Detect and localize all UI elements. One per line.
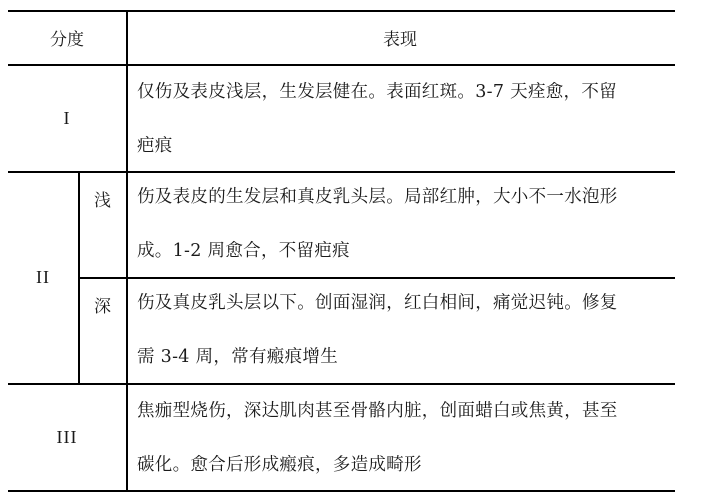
grade-column-divider [126, 10, 128, 491]
grade-label-iii: III [8, 384, 126, 490]
row-ii-deep-line-2: 需 3-4 周，常有瘢痕增生 [137, 330, 618, 384]
header-manifestation: 表现 [328, 11, 472, 64]
row-ii-shallow-line-2: 成。1-2 周愈合，不留疤痕 [137, 224, 618, 278]
grade-label-ii: II [8, 172, 78, 383]
row-iii-description: 焦痂型烧伤，深达肌肉甚至骨骼内脏，创面蜡白或焦黄，甚至 碳化。愈合后形成瘢痕，多… [137, 384, 618, 492]
row-ii-shallow-line-1: 伤及表皮的生发层和真皮乳头层。局部红肿，大小不一水泡形 [137, 170, 618, 224]
header-grade: 分度 [8, 11, 126, 64]
grade-label-i: I [8, 65, 126, 171]
row-ii-deep-description: 伤及真皮乳头层以下。创面湿润，红白相间，痛觉迟钝。修复 需 3-4 周，常有瘢痕… [137, 276, 618, 384]
row-i-line-1: 仅伤及表皮浅层，生发层健在。表面红斑。3-7 天痊愈，不留 [137, 65, 617, 119]
subgrade-shallow: 浅 [79, 172, 126, 224]
row-ii-deep-line-1: 伤及真皮乳头层以下。创面湿润，红白相间，痛觉迟钝。修复 [137, 276, 618, 330]
row-i-line-2: 疤痕 [137, 119, 617, 173]
row-ii-shallow-description: 伤及表皮的生发层和真皮乳头层。局部红肿，大小不一水泡形 成。1-2 周愈合，不留… [137, 170, 618, 278]
row-iii-line-2: 碳化。愈合后形成瘢痕，多造成畸形 [137, 438, 618, 492]
row-i-description: 仅伤及表皮浅层，生发层健在。表面红斑。3-7 天痊愈，不留 疤痕 [137, 65, 617, 173]
row-iii-line-1: 焦痂型烧伤，深达肌肉甚至骨骼内脏，创面蜡白或焦黄，甚至 [137, 384, 618, 438]
subgrade-deep: 深 [79, 278, 126, 330]
